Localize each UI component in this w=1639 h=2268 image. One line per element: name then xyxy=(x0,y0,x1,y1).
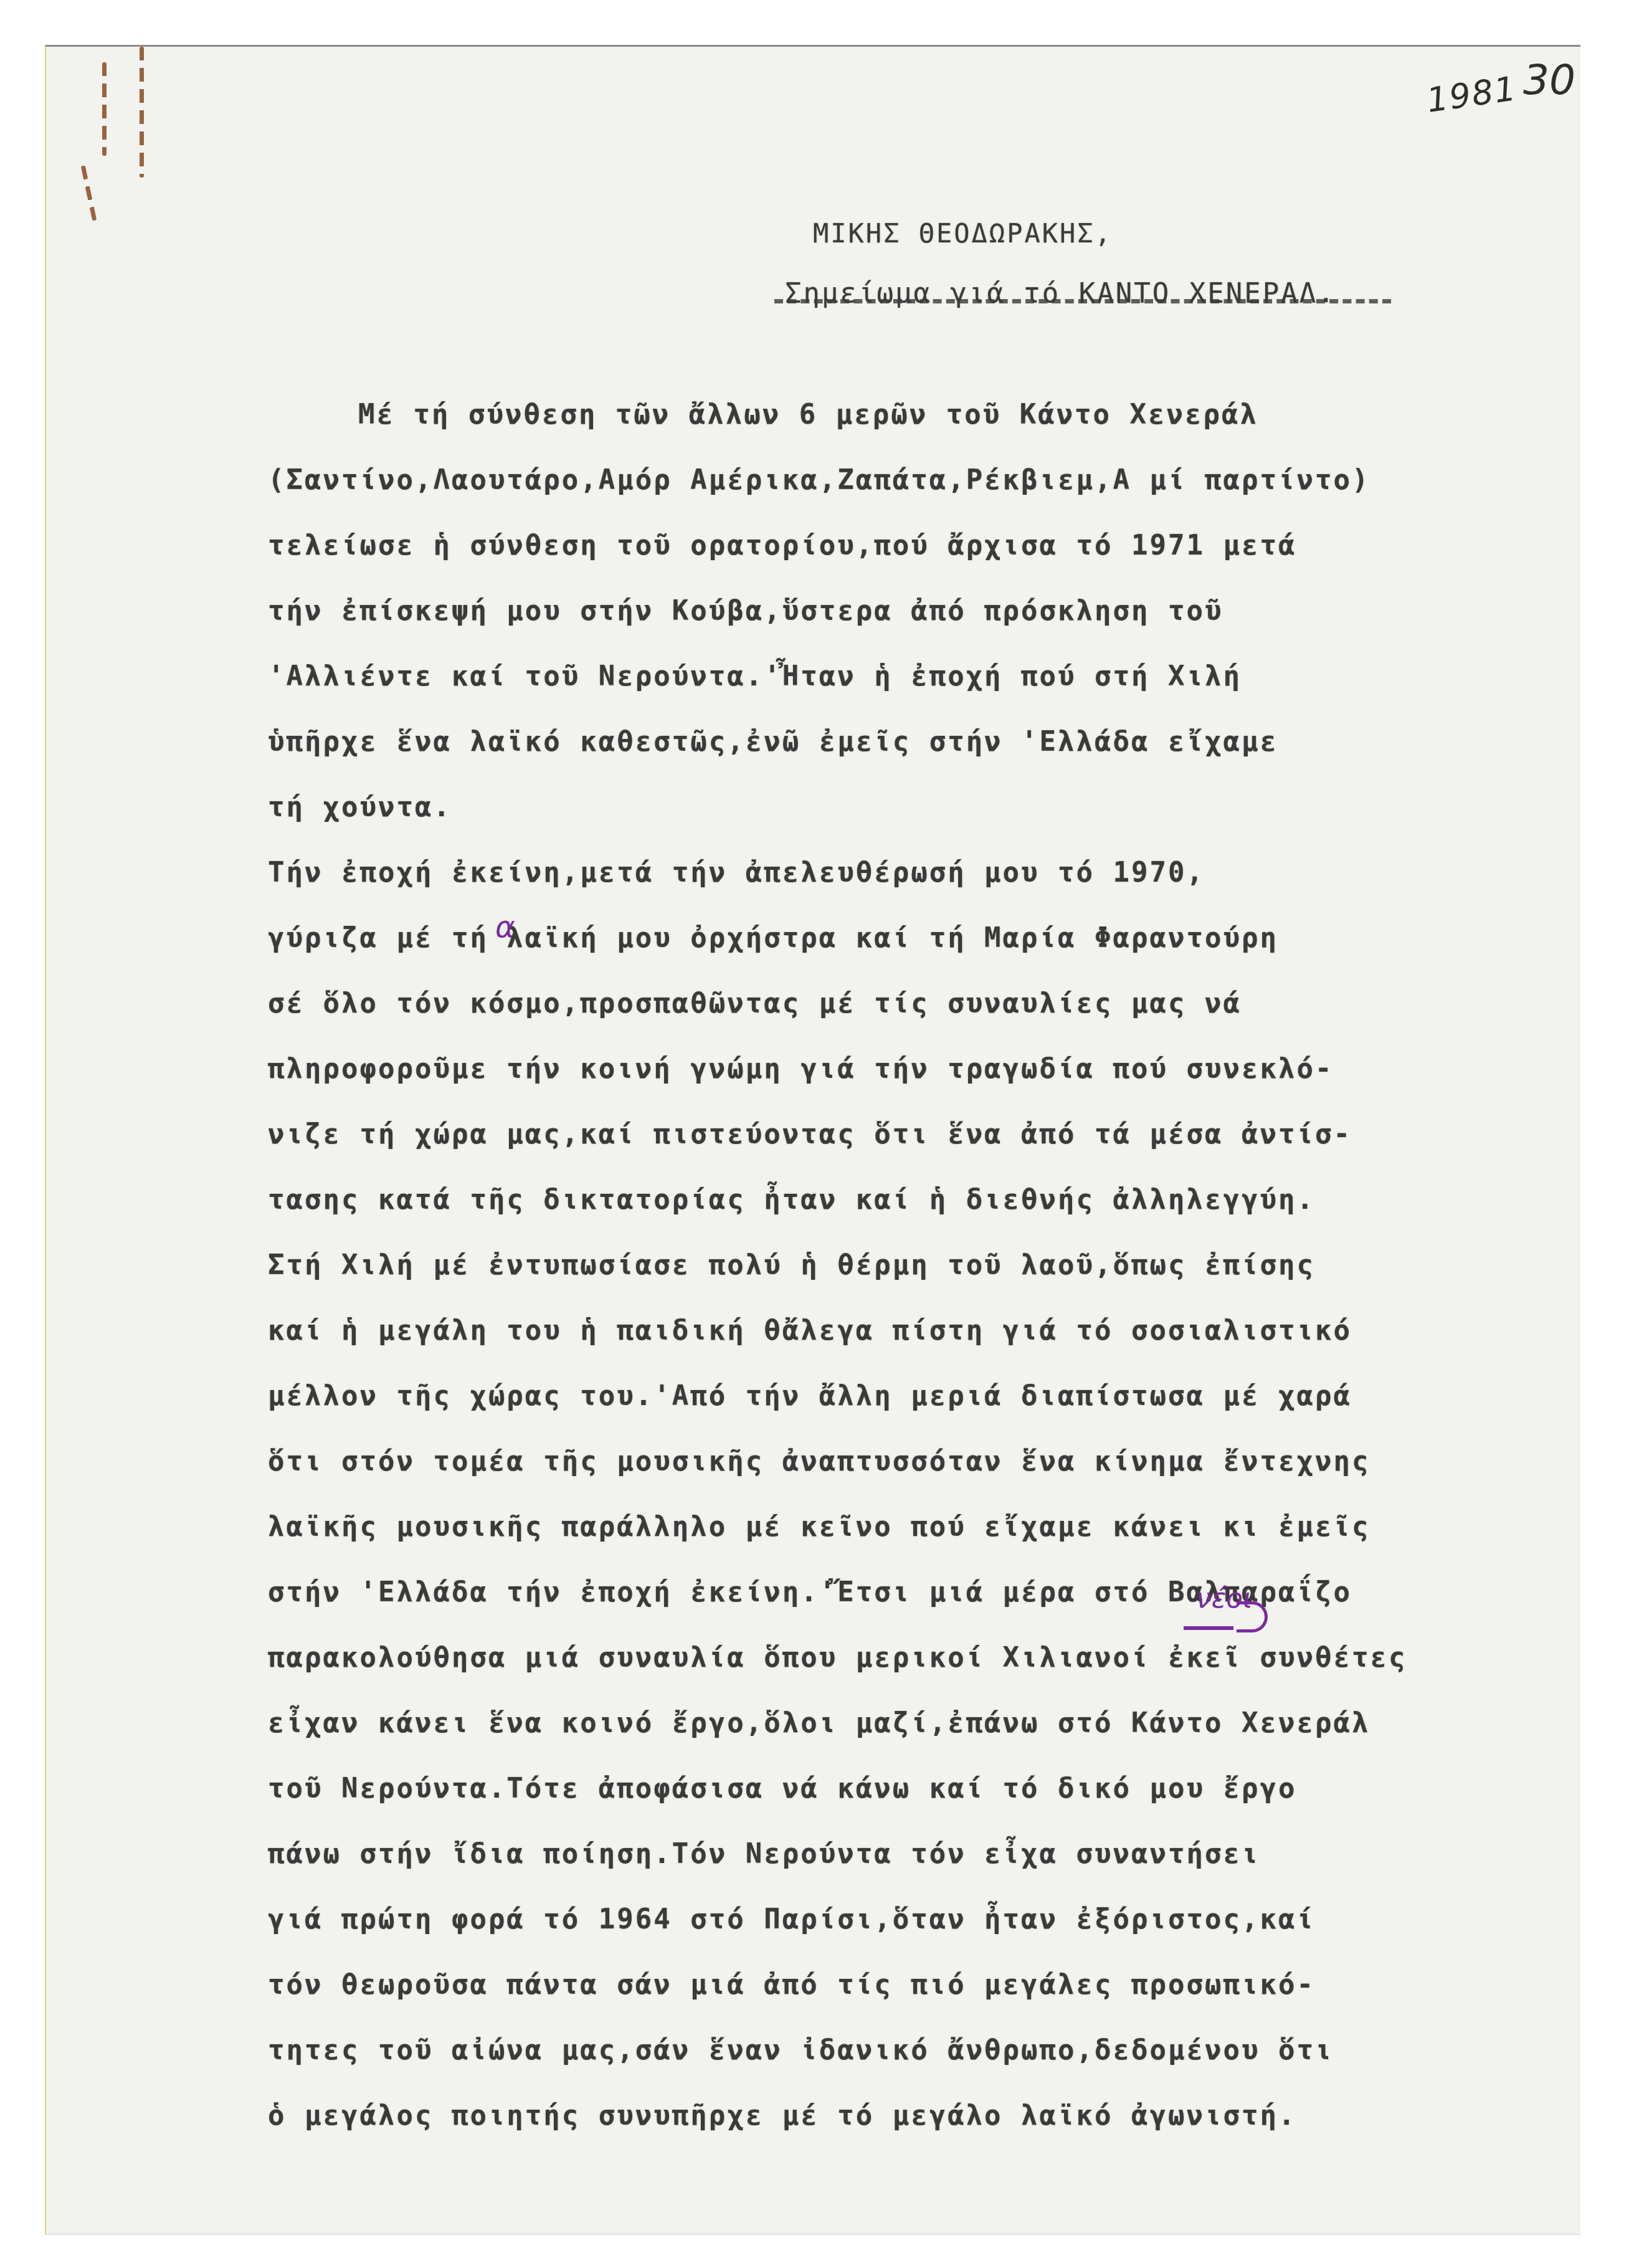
body-line: ὑπῆρχε ἕνα λαϊκό καθεστῶς,ἐνῶ ἐμεῖς στήν… xyxy=(268,726,1278,758)
body-line: Στή Χιλή μέ ἐντυπωσίασε πολύ ἡ θέρμη τοῦ… xyxy=(268,1249,1315,1281)
body-line: λαϊκῆς μουσικῆς παράλληλο μέ κεῖνο πού ε… xyxy=(268,1511,1370,1543)
body-line: τοῦ Νερούντα.Τότε ἀποφάσισα νά κάνω καί … xyxy=(268,1773,1296,1804)
body-line: παρακολούθησα μιά συναυλία ὅπου μερικοί … xyxy=(268,1642,1407,1674)
body-line: τελείωσε ἡ σύνθεση τοῦ ορατορίου,πού ἄρχ… xyxy=(268,530,1296,561)
body-line: Μέ τή σύνθεση τῶν ἄλλων 6 μερῶν τοῦ Κάντ… xyxy=(358,399,1258,431)
body-line: τή χούντα. xyxy=(268,791,452,823)
body-line: εἶχαν κάνει ἕνα κοινό ἔργο,ὅλοι μαζί,ἐπά… xyxy=(268,1707,1370,1739)
body-line: νιζε τή χώρα μας,καί πιστεύοντας ὅτι ἕνα… xyxy=(268,1118,1352,1150)
body-line: στήν 'Ελλάδα τήν ἐποχή ἐκείνη.'Ἔτσι μιά … xyxy=(268,1576,1352,1608)
body-line: ὅτι στόν τομέα τῆς μουσικῆς ἀναπτυσσόταν… xyxy=(268,1446,1370,1477)
rust-stain-mark xyxy=(81,165,97,221)
body-line: τασης κατά τῆς δικτατορίας ἦταν καί ἡ δι… xyxy=(268,1184,1315,1216)
body-line: μέλλον τῆς χώρας του.'Από τήν ἄλλη μεριά… xyxy=(268,1380,1352,1412)
body-line: τήν ἐπίσκεψή μου στήν Κούβα,ὕστερα ἀπό π… xyxy=(268,595,1223,627)
body-line: (Σαντίνο,Λαουτάρο,Αμόρ Αμέρικα,Ζαπάτα,Ρέ… xyxy=(268,464,1370,496)
document-title: Σημείωμα γιά τό ΚΑΝΤΟ ΧΕΝΕΡΑΛ. xyxy=(785,277,1336,309)
body-line: γιά πρώτη φορά τό 1964 στό Παρίσι,ὅταν ἦ… xyxy=(268,1903,1315,1935)
body-line: πληροφοροῦμε τήν κοινή γνώμη γιά τήν τρα… xyxy=(268,1053,1333,1085)
body-line: 'Αλλιέντε καί τοῦ Νερούντα.'Ἦταν ἡ ἐποχή… xyxy=(268,660,1242,692)
title-underline xyxy=(774,299,1391,303)
body-line: τητες τοῦ αἰώνα μας,σάν ἕναν ἰδανικό ἄνθ… xyxy=(268,2034,1333,2066)
body-line: τόν θεωροῦσα πάντα σάν μιά ἀπό τίς πιό μ… xyxy=(268,1969,1315,2001)
body-line: σέ ὅλο τόν κόσμο,προσπαθῶντας μέ τίς συν… xyxy=(268,988,1242,1019)
handwritten-strikethrough xyxy=(1184,1626,1233,1630)
handwritten-correction: α xyxy=(495,910,515,945)
body-line: πάνω στήν ἴδια ποίηση.Τόν Νερούντα τόν ε… xyxy=(268,1838,1260,1870)
body-line: Τήν ἐποχή ἐκείνη,μετά τήν ἀπελευθέρωσή μ… xyxy=(268,857,1205,889)
body-line: ὁ μεγάλος ποιητής συνυπῆρχε μέ τό μεγάλο… xyxy=(268,2100,1296,2132)
rust-stain-mark xyxy=(140,47,144,178)
body-line: γύριζα μέ τή λαϊκή μου ὀρχήστρα καί τή Μ… xyxy=(268,922,1278,954)
rust-stain-mark xyxy=(102,62,107,156)
document-author: ΜΙΚΗΣ ΘΕΟΔΩΡΑΚΗΣ, xyxy=(813,218,1113,249)
body-line: καί ἡ μεγάλη του ἡ παιδική θἄλεγα πίστη … xyxy=(268,1315,1352,1346)
handwritten-page-number: 30 xyxy=(1523,56,1575,104)
handwritten-insertion-mark xyxy=(1237,1601,1268,1632)
